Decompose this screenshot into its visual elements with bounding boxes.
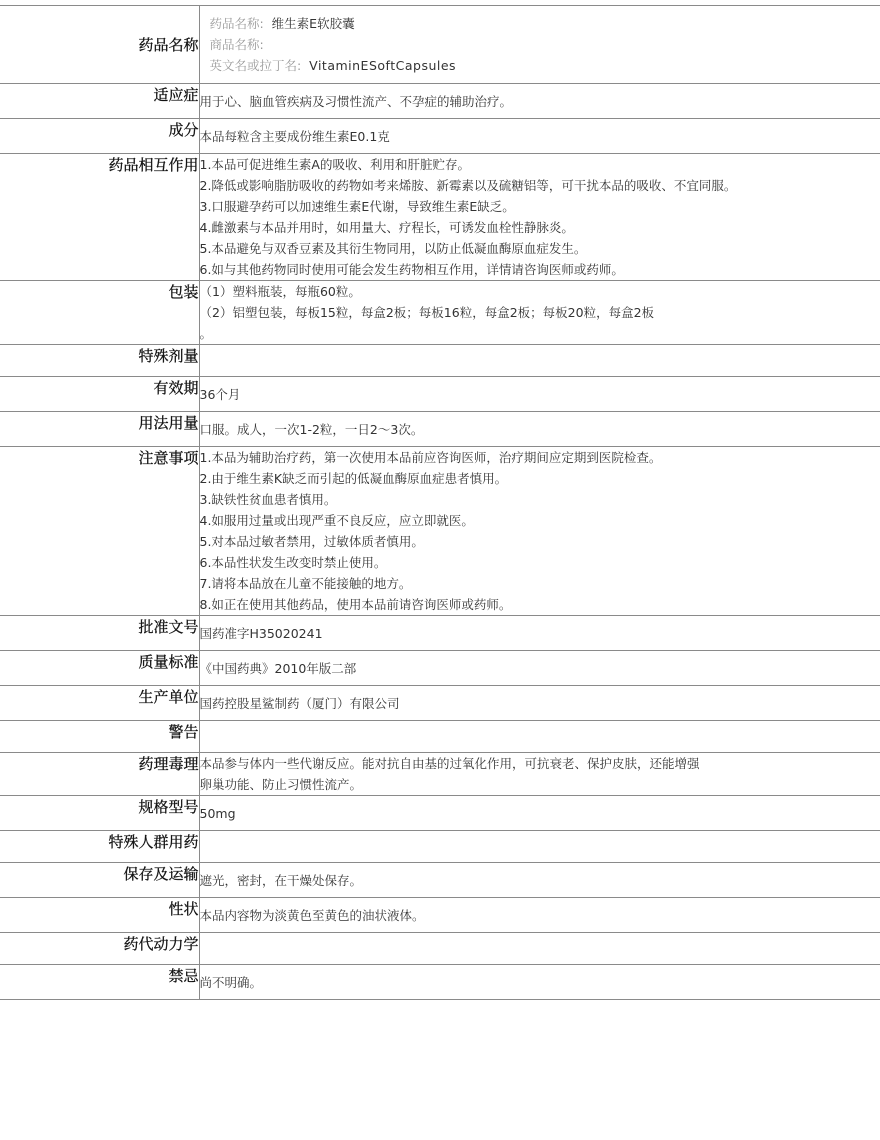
label-contraindications: 禁忌 [0, 965, 199, 1000]
label-pharmacokinetics: 药代动力学 [0, 933, 199, 965]
label-manufacturer: 生产单位 [0, 686, 199, 721]
english-name-label: 英文名或拉丁名: [210, 58, 302, 73]
row-ingredients: 成分 本品每粒含主要成份维生素E0.1克 [0, 119, 880, 154]
interaction-item: 3.口服避孕药可以加速维生素E代谢，导致维生素E缺乏。 [200, 196, 880, 217]
label-warning: 警告 [0, 721, 199, 753]
pharmacology-line: 卵巢功能、防止习惯性流产。 [200, 774, 880, 795]
label-shelf-life: 有效期 [0, 377, 199, 412]
row-pharmacokinetics: 药代动力学 [0, 933, 880, 965]
label-pharmacology: 药理毒理 [0, 753, 199, 796]
precaution-item: 1.本品为辅助治疗药，第一次使用本品前应咨询医师，治疗期间应定期到医院检查。 [200, 447, 880, 468]
row-storage: 保存及运输 遮光，密封，在干燥处保存。 [0, 863, 880, 898]
value-approval: 国药准字H35020241 [199, 616, 880, 651]
value-pharmacokinetics [199, 933, 880, 965]
interaction-item: 1.本品可促进维生素A的吸收、利用和肝脏贮存。 [200, 154, 880, 175]
row-standard: 质量标准 《中国药典》2010年版二部 [0, 651, 880, 686]
precaution-item: 6.本品性状发生改变时禁止使用。 [200, 552, 880, 573]
row-interactions: 药品相互作用 1.本品可促进维生素A的吸收、利用和肝脏贮存。 2.降低或影响脂肪… [0, 154, 880, 281]
value-appearance: 本品内容物为淡黄色至黄色的油状液体。 [199, 898, 880, 933]
value-usage: 口服。成人，一次1-2粒，一日2～3次。 [199, 412, 880, 447]
label-indication: 适应症 [0, 84, 199, 119]
generic-name-label: 药品名称: [210, 16, 264, 31]
row-specification: 规格型号 50mg [0, 796, 880, 831]
row-warning: 警告 [0, 721, 880, 753]
value-indication: 用于心、脑血管疾病及习惯性流产、不孕症的辅助治疗。 [199, 84, 880, 119]
value-shelf-life: 36个月 [199, 377, 880, 412]
precaution-item: 8.如正在使用其他药品，使用本品前请咨询医师或药师。 [200, 594, 880, 615]
value-storage: 遮光，密封，在干燥处保存。 [199, 863, 880, 898]
label-ingredients: 成分 [0, 119, 199, 154]
label-special-dosage: 特殊剂量 [0, 345, 199, 377]
row-shelf-life: 有效期 36个月 [0, 377, 880, 412]
value-interactions: 1.本品可促进维生素A的吸收、利用和肝脏贮存。 2.降低或影响脂肪吸收的药物如考… [199, 154, 880, 281]
label-special-population: 特殊人群用药 [0, 831, 199, 863]
label-specification: 规格型号 [0, 796, 199, 831]
precaution-item: 5.对本品过敏者禁用，过敏体质者慎用。 [200, 531, 880, 552]
row-special-population: 特殊人群用药 [0, 831, 880, 863]
value-standard: 《中国药典》2010年版二部 [199, 651, 880, 686]
value-special-dosage [199, 345, 880, 377]
interaction-item: 4.雌激素与本品并用时，如用量大、疗程长，可诱发血栓性静脉炎。 [200, 217, 880, 238]
generic-name-value: 维生素E软胶囊 [272, 16, 355, 31]
row-appearance: 性状 本品内容物为淡黄色至黄色的油状液体。 [0, 898, 880, 933]
trade-name-label: 商品名称: [210, 37, 264, 52]
drug-spec-sheet: 药品名称 药品名称: 维生素E软胶囊 商品名称: 英文名或拉丁名: Vitami… [0, 5, 880, 1000]
interaction-item: 6.如与其他药物同时使用可能会发生药物相互作用，详情请咨询医师或药师。 [200, 259, 880, 280]
drug-spec-table: 药品名称 药品名称: 维生素E软胶囊 商品名称: 英文名或拉丁名: Vitami… [0, 5, 880, 1000]
label-storage: 保存及运输 [0, 863, 199, 898]
value-special-population [199, 831, 880, 863]
row-manufacturer: 生产单位 国药控股星鲨制药（厦门）有限公司 [0, 686, 880, 721]
packaging-item: （1）塑料瓶装，每瓶60粒。 [200, 281, 880, 302]
value-manufacturer: 国药控股星鲨制药（厦门）有限公司 [199, 686, 880, 721]
precaution-item: 4.如服用过量或出现严重不良反应，应立即就医。 [200, 510, 880, 531]
precaution-item: 7.请将本品放在儿童不能接触的地方。 [200, 573, 880, 594]
label-precautions: 注意事项 [0, 447, 199, 616]
row-contraindications: 禁忌 尚不明确。 [0, 965, 880, 1000]
interaction-item: 2.降低或影响脂肪吸收的药物如考来烯胺、新霉素以及硫糖铝等，可干扰本品的吸收、不… [200, 175, 760, 196]
label-usage: 用法用量 [0, 412, 199, 447]
precaution-item: 3.缺铁性贫血患者慎用。 [200, 489, 880, 510]
label-drug-name: 药品名称 [0, 6, 199, 84]
row-precautions: 注意事项 1.本品为辅助治疗药，第一次使用本品前应咨询医师，治疗期间应定期到医院… [0, 447, 880, 616]
interaction-item: 5.本品避免与双香豆素及其衍生物同用，以防止低凝血酶原血症发生。 [200, 238, 880, 259]
label-interactions: 药品相互作用 [0, 154, 199, 281]
value-contraindications: 尚不明确。 [199, 965, 880, 1000]
row-drug-name: 药品名称 药品名称: 维生素E软胶囊 商品名称: 英文名或拉丁名: Vitami… [0, 6, 880, 84]
value-drug-name: 药品名称: 维生素E软胶囊 商品名称: 英文名或拉丁名: VitaminESof… [199, 6, 880, 84]
label-appearance: 性状 [0, 898, 199, 933]
row-pharmacology: 药理毒理 本品参与体内一些代谢反应。能对抗自由基的过氧化作用，可抗衰老、保护皮肤… [0, 753, 880, 796]
label-approval: 批准文号 [0, 616, 199, 651]
row-packaging: 包装 （1）塑料瓶装，每瓶60粒。 （2）铝塑包装，每板15粒，每盒2板；每板1… [0, 281, 880, 345]
row-usage: 用法用量 口服。成人，一次1-2粒，一日2～3次。 [0, 412, 880, 447]
english-name-value: VitaminESoftCapsules [309, 58, 456, 73]
row-indication: 适应症 用于心、脑血管疾病及习惯性流产、不孕症的辅助治疗。 [0, 84, 880, 119]
value-pharmacology: 本品参与体内一些代谢反应。能对抗自由基的过氧化作用，可抗衰老、保护皮肤，还能增强… [199, 753, 880, 796]
precaution-item: 2.由于维生素K缺乏而引起的低凝血酶原血症患者慎用。 [200, 468, 880, 489]
packaging-item: （2）铝塑包装，每板15粒，每盒2板；每板16粒，每盒2板；每板20粒，每盒2板 [200, 302, 880, 323]
label-standard: 质量标准 [0, 651, 199, 686]
value-packaging: （1）塑料瓶装，每瓶60粒。 （2）铝塑包装，每板15粒，每盒2板；每板16粒，… [199, 281, 880, 345]
row-approval: 批准文号 国药准字H35020241 [0, 616, 880, 651]
label-packaging: 包装 [0, 281, 199, 345]
value-warning [199, 721, 880, 753]
value-precautions: 1.本品为辅助治疗药，第一次使用本品前应咨询医师，治疗期间应定期到医院检查。 2… [199, 447, 880, 616]
packaging-item: 。 [200, 323, 880, 344]
value-ingredients: 本品每粒含主要成份维生素E0.1克 [199, 119, 880, 154]
row-special-dosage: 特殊剂量 [0, 345, 880, 377]
value-specification: 50mg [199, 796, 880, 831]
pharmacology-line: 本品参与体内一些代谢反应。能对抗自由基的过氧化作用，可抗衰老、保护皮肤，还能增强 [200, 753, 880, 774]
